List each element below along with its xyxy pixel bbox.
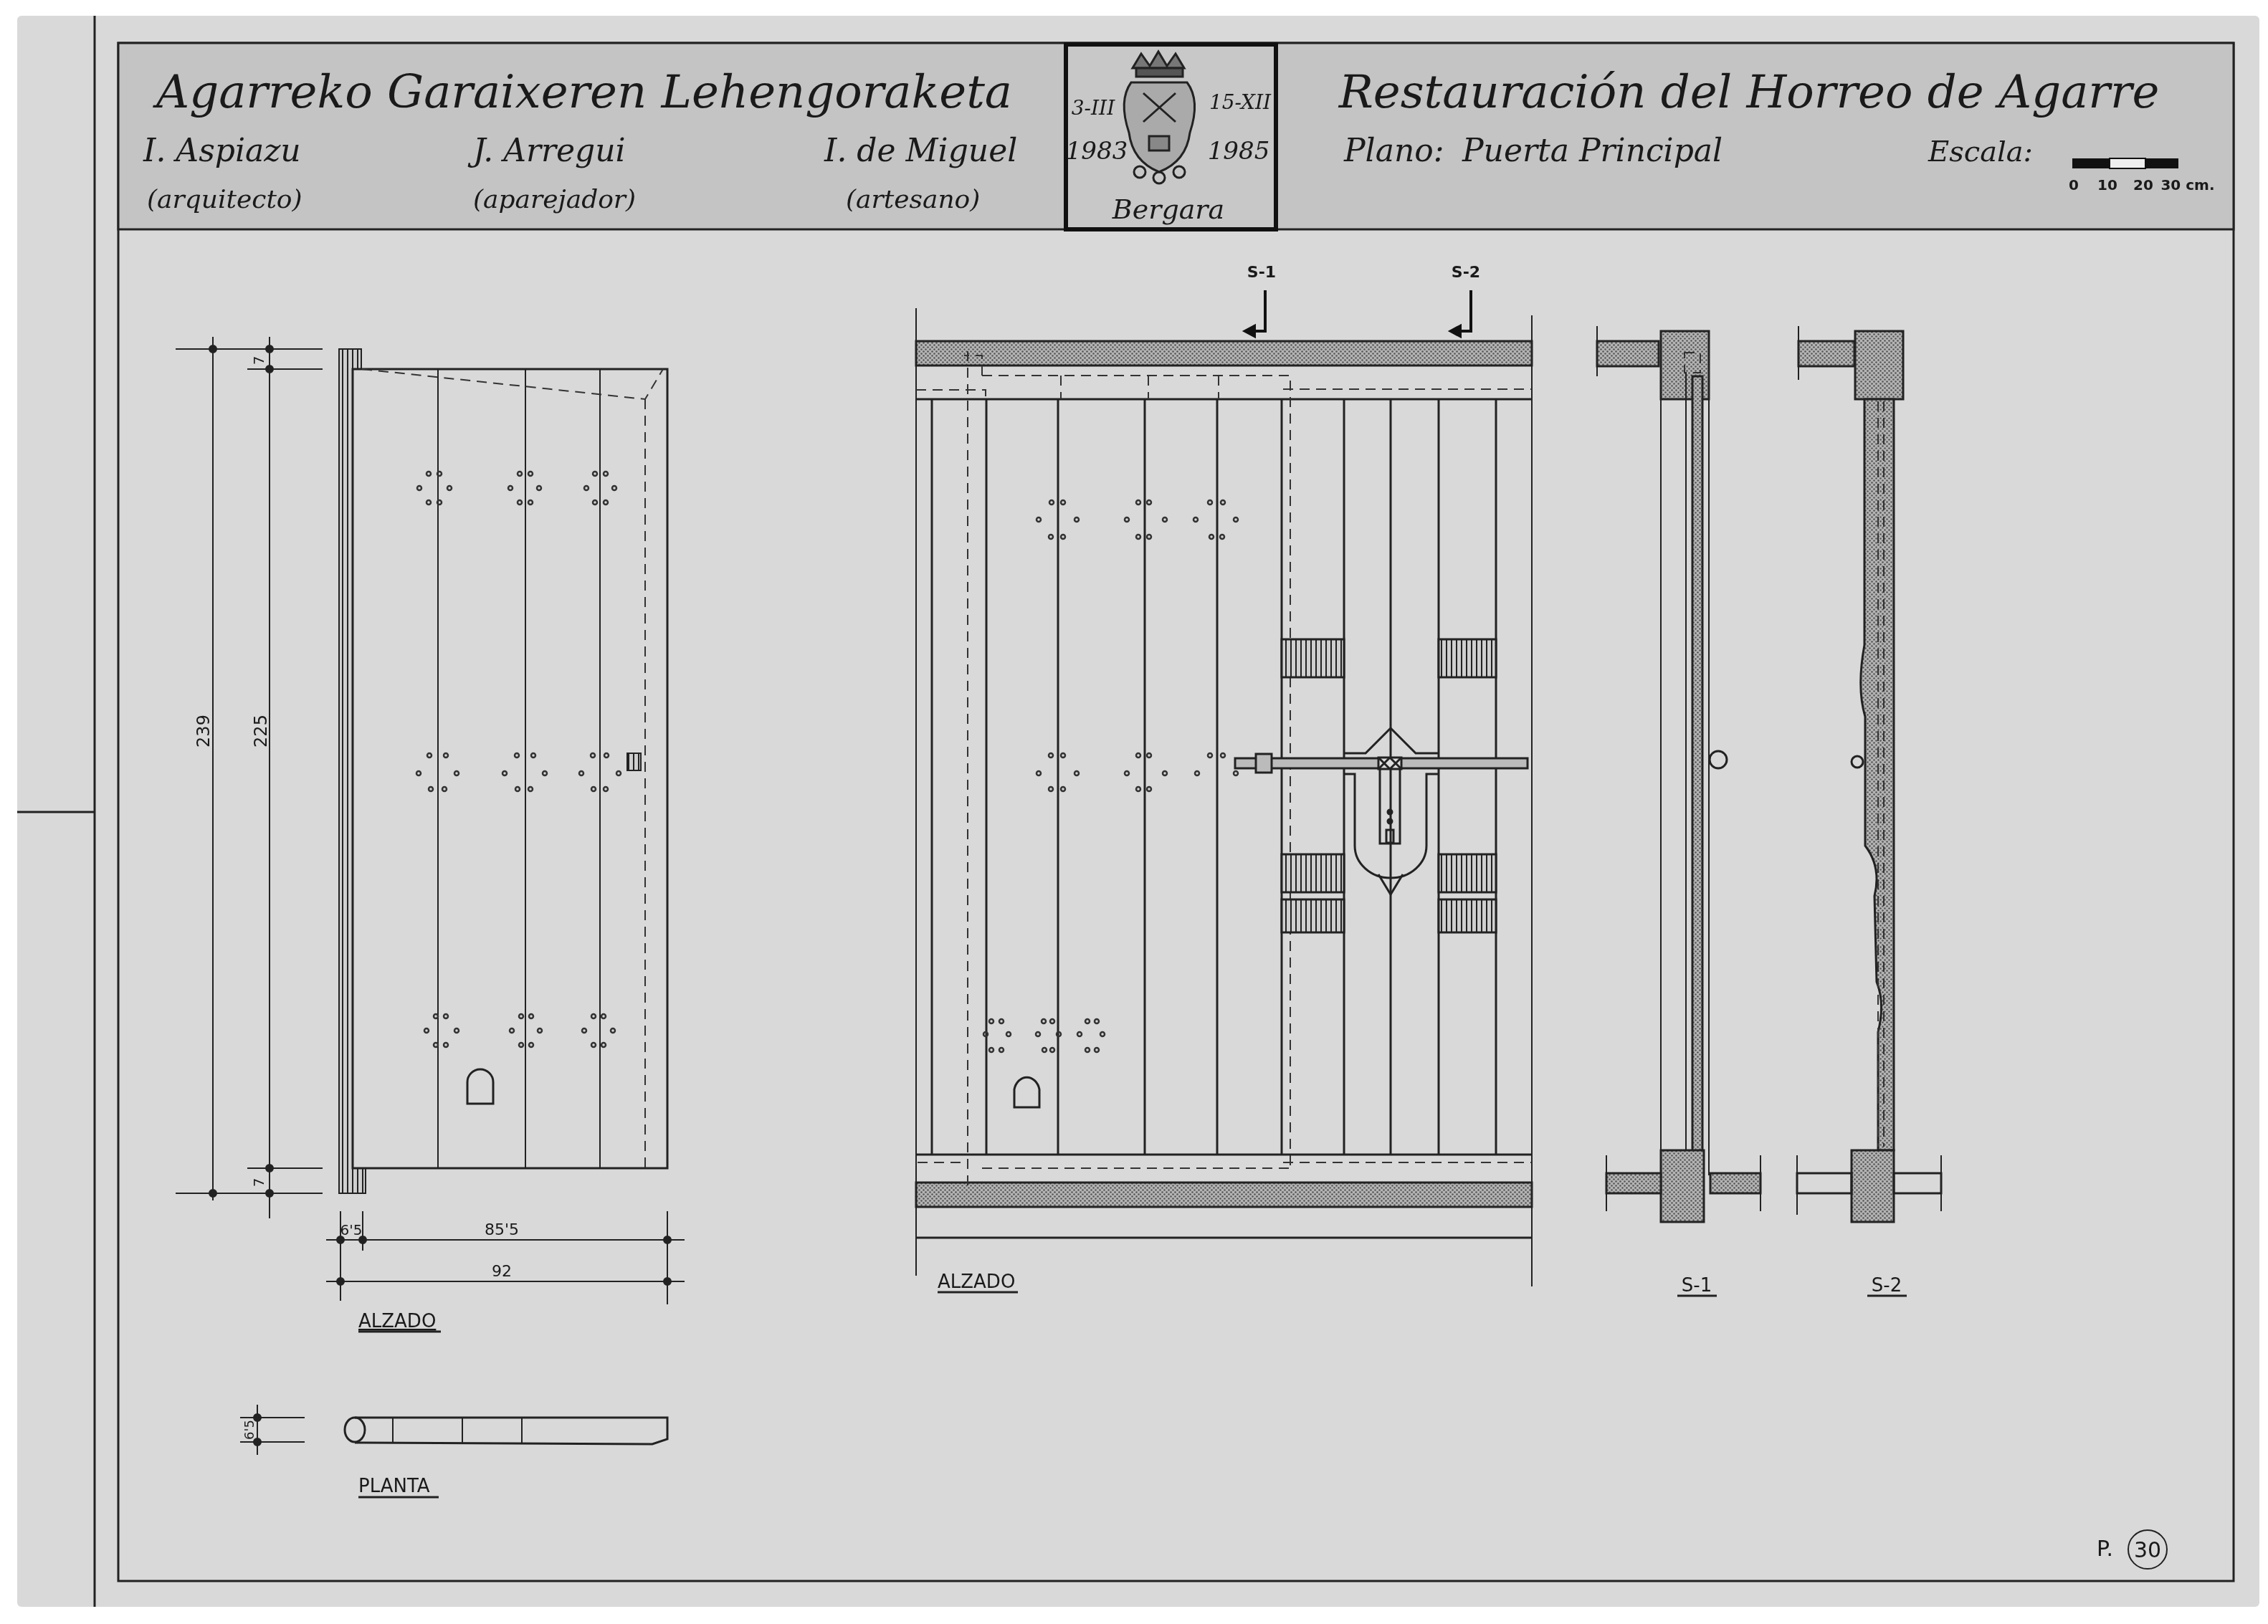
plan-label: Plano:	[1343, 133, 1444, 169]
dim-leaf-width: 85'5	[485, 1221, 519, 1239]
title-block-left: Agarreko Garaixeren Lehengoraketa I. Asp…	[143, 66, 1017, 214]
dim-top-margin: 7	[250, 356, 267, 366]
architectural-drawing-sheet: Agarreko Garaixeren Lehengoraketa I. Asp…	[0, 0, 2268, 1624]
dim-total-height: 239	[194, 715, 214, 747]
spanish-title: Restauración del Horreo de Agarre	[1338, 66, 2160, 119]
door-jamb	[339, 349, 353, 1193]
start-date: 3-III	[1072, 96, 1115, 120]
credit-role-architect: (arquitecto)	[147, 185, 302, 214]
dim-door-height: 225	[251, 715, 271, 747]
credit-role-artisan: (artesano)	[846, 185, 980, 214]
lintel	[916, 341, 1532, 366]
left-elevation-label: ALZADO	[358, 1311, 436, 1332]
latch-icon	[627, 753, 641, 770]
page-number-value: 30	[2134, 1538, 2161, 1563]
basque-title: Agarreko Garaixeren Lehengoraketa	[153, 66, 1012, 119]
plan-thickness-dim: 6'5	[242, 1420, 257, 1440]
scale-tick-10: 10	[2097, 176, 2117, 194]
center-elevation-label: ALZADO	[938, 1271, 1015, 1293]
credit-name-architect: I. Aspiazu	[143, 133, 301, 169]
section-mark-s1: S-1	[1247, 264, 1276, 282]
place-name: Bergara	[1112, 194, 1224, 225]
plan-label: PLANTA	[358, 1476, 430, 1497]
scale-tick-20: 20	[2133, 176, 2153, 194]
dim-bottom-margin: 7	[250, 1178, 267, 1188]
section-mark-s2: S-2	[1452, 264, 1480, 282]
end-date: 15-XII	[1209, 90, 1272, 114]
plan-name: Puerta Principal	[1462, 133, 1723, 169]
sill	[916, 1183, 1532, 1207]
title-block: Agarreko Garaixeren Lehengoraketa I. Asp…	[118, 43, 2234, 229]
credit-name-surveyor: J. Arregui	[467, 133, 626, 169]
credit-role-surveyor: (aparejador)	[473, 185, 636, 214]
section-s2-label: S-2	[1872, 1275, 1902, 1296]
scale-bar	[2072, 158, 2178, 168]
scale-label: Escala:	[1928, 135, 2033, 168]
emblem-box: 3-III 1983 15-XII 1985 Bergara	[1066, 44, 1276, 229]
section-s1-label: S-1	[1682, 1275, 1712, 1296]
scale-tick-30: 30 cm.	[2160, 176, 2214, 194]
dim-total-width: 92	[492, 1263, 512, 1281]
scale-tick-0: 0	[2069, 176, 2079, 194]
dim-jamb-width: 6'5	[340, 1221, 363, 1238]
page-prefix: P.	[2097, 1537, 2113, 1562]
credit-name-artisan: I. de Miguel	[824, 133, 1017, 169]
end-year: 1985	[1208, 137, 1270, 166]
start-year: 1983	[1066, 137, 1128, 166]
